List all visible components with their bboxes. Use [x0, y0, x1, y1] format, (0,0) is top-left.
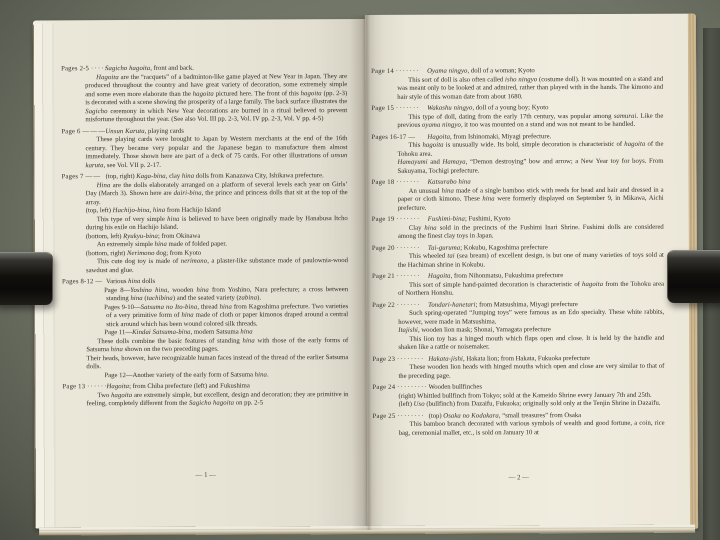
entry-title: Page 15 ·······Wakashu ningyo, doll of a… — [371, 104, 663, 114]
left-page-number: — 1 — — [63, 471, 349, 479]
entry-title-text: Hagoita, from Ishinomaki, Miyagi prefect… — [427, 133, 551, 141]
entry-paragraph: Hamayumi and Hamaya, “Demon destroying” … — [397, 158, 663, 176]
page-ref-label: Pages 8-12 — — [62, 278, 103, 287]
entry-paragraph: Hagoita are the “racquets” of a badminto… — [85, 73, 347, 125]
binder-clip-left[interactable] — [0, 252, 53, 305]
entry-paragraph: These dolls combine the basic features o… — [86, 337, 348, 355]
toc-entry: Page 19 ·······Fushimi-bina; Fushimi, Ky… — [372, 215, 664, 242]
entry-body: This type of doll, dating from the early… — [397, 112, 663, 130]
entry-paragraph: Such spring-operated “Jumping toys” were… — [398, 309, 664, 327]
toc-entry: Page 13 ·······Hagoita; from Chiba prefe… — [62, 382, 348, 409]
toc-entry: Page 22 ·······Tondari-hanetari; from Ma… — [372, 300, 664, 352]
toc-entry: Page 6 ———Unsun Karuta, playing cardsThe… — [61, 127, 347, 171]
toc-entry: Page 25 ········(top) Osaka no Kodakara,… — [373, 411, 665, 438]
leader-dots: ······· — [87, 383, 111, 390]
page-ref-label: Page 23 ········ — [372, 355, 424, 364]
toc-entry: Page 18 ·······Katsurabo hinaAn unusual … — [372, 178, 664, 213]
toc-entry: Pages 2-5 ·····Sagicho hagoita, front an… — [61, 64, 347, 125]
toc-entry: Page 20 ·······Tai-guruma; Kokubu, Kagos… — [372, 243, 664, 270]
entry-title-text: Tondari-hanetari; from Matsushima, Miyag… — [428, 301, 578, 309]
entry-body: Such spring-operated “Jumping toys” were… — [398, 309, 664, 353]
page-ref-label: Page 15 ······· — [371, 105, 420, 114]
leader-dots: ········ — [397, 412, 424, 419]
entry-paragraph: This sort of doll is also often called i… — [397, 75, 663, 102]
entry-title-text: Hagoita, from Nihonmatsu, Fukushima pref… — [428, 272, 563, 280]
entry-title-text: Tai-guruma; Kokubu, Kagoshima prefecture — [428, 244, 548, 252]
page-ref-label: Page 13 ······· — [62, 383, 111, 392]
entry-title: Page 14 ·······Oyama ningyo, doll of a w… — [371, 67, 663, 77]
entry-title-text: Oyama ningyo, doll of a woman; Kyoto — [427, 67, 535, 74]
entry-title: Pages 16-17 —Hagoita, from Ishinomaki, M… — [371, 132, 663, 142]
entry-body: Hina are the dolls elaborately arranged … — [86, 181, 348, 276]
toc-entry: Pages 7 ——(top, right) Kaga-bina, clay h… — [62, 172, 348, 275]
entry-title-text: Katsurabo hina — [428, 179, 471, 186]
leader-dots: ······· — [397, 273, 421, 280]
page-ref-label: Page 14 ······· — [371, 68, 420, 77]
page-ref-label: Page 24 ········· — [372, 384, 428, 393]
entry-title: Page 25 ········(top) Osaka no Kodakara,… — [373, 411, 665, 421]
entry-title: Page 18 ·······Katsurabo hina — [372, 178, 664, 188]
entry-paragraph: This type of doll, dating from the early… — [397, 112, 663, 130]
entry-paragraph: An unusual hina made of a single bamboo … — [398, 186, 664, 213]
leader-dots: ········· — [397, 384, 428, 391]
entry-paragraph: This cute dog toy is made of nerimono, a… — [86, 257, 348, 275]
page-ref-label: Pages 16-17 — — [371, 133, 416, 142]
page-ref-label: Page 25 ········ — [373, 412, 425, 421]
entry-body: (right) Whittled bullfinch from Tokyo; s… — [399, 391, 665, 409]
entry-title-text: Hagoita; from Chiba prefecture (left) an… — [106, 383, 249, 391]
page-ref-label: Page 20 ······· — [372, 244, 421, 253]
leader-dots: —— — [85, 173, 101, 180]
leader-dots: ······· — [397, 244, 421, 251]
open-book: Pages 2-5 ·····Sagicho hagoita, front an… — [27, 11, 707, 540]
toc-entry: Page 15 ·······Wakashu ningyo, doll of a… — [371, 104, 663, 131]
leader-dots: ······· — [396, 68, 420, 75]
leader-dots: ········ — [397, 355, 424, 362]
entry-title: Page 24 ·········Wooden bullfinches — [372, 383, 664, 393]
entry-body: This hagoita is unusually wide. Its bold… — [397, 141, 663, 176]
entry-body: This sort of simple hand-painted decorat… — [398, 280, 664, 298]
entry-body: This bamboo branch decorated with variou… — [399, 420, 665, 438]
entry-paragraph: This type of very simple hina is believe… — [86, 215, 348, 233]
page-ref-label: Pages 2-5 ····· — [61, 65, 108, 74]
binder-clip-right[interactable] — [667, 250, 720, 303]
entry-title: Page 21 ·······Hagoita, from Nihonmatsu,… — [372, 272, 664, 282]
entry-paragraph: This hagoita is unusually wide. Its bold… — [397, 141, 663, 159]
left-page-text: Pages 2-5 ·····Sagicho hagoita, front an… — [61, 64, 349, 412]
entry-paragraph: These playing cards were brought to Japa… — [85, 135, 347, 170]
entry-body: Clay hina sold in the precincts of the F… — [398, 223, 664, 241]
toc-entry: Pages 16-17 —Hagoita, from Ishinomaki, M… — [371, 132, 663, 176]
entry-title: Pages 7 ——(top, right) Kaga-bina, clay h… — [62, 172, 348, 182]
entry-paragraph: Pages 9-10—Satsuma no Ito-bina, thread h… — [106, 303, 348, 330]
entry-paragraph: This lion toy has a hinged mouth which f… — [398, 334, 664, 352]
entry-title-text: Fushimi-bina; Fushimi, Kyoto — [428, 215, 511, 222]
entry-title-text: Unsun Karuta, playing cards — [105, 127, 184, 134]
entry-body: These wooden lion heads with hinged mout… — [398, 363, 664, 381]
right-page-text: Page 14 ·······Oyama ningyo, doll of a w… — [371, 67, 665, 441]
entry-title-text: (top) Osaka no Kodakara, “small treasure… — [429, 412, 582, 420]
toc-entry: Page 14 ·······Oyama ningyo, doll of a w… — [371, 67, 663, 102]
leader-dots: ····· — [91, 65, 108, 72]
page-ref-label: Page 18 ······· — [372, 179, 421, 188]
page-ref-label: Page 19 ······· — [372, 216, 421, 225]
entry-paragraph: Two hagoita are extremely simple, but ex… — [87, 391, 349, 409]
entry-title-text: Wakashu ningyo, doll of a young boy; Kyo… — [427, 104, 548, 112]
toc-entry: Pages 8-12 —Various hina dollsPage 8—Yos… — [62, 277, 348, 380]
right-page-number: — 2 — — [373, 474, 665, 482]
entry-title: Page 22 ·······Tondari-hanetari; from Ma… — [372, 300, 664, 310]
entry-title: Page 13 ·······Hagoita; from Chiba prefe… — [62, 382, 348, 392]
entry-title: Page 23 ········Hakata-jishi, Hakata lio… — [372, 354, 664, 364]
entry-paragraph: This wheeled tai (sea bream) of excellen… — [398, 252, 664, 270]
entry-paragraph: Their heads, however, have recognizable … — [86, 354, 348, 372]
entry-title: Page 20 ·······Tai-guruma; Kokubu, Kagos… — [372, 243, 664, 253]
toc-entry: Page 23 ········Hakata-jishi, Hakata lio… — [372, 354, 664, 381]
leader-dots: ······· — [396, 179, 420, 186]
entry-body: Two hagoita are extremely simple, but ex… — [87, 391, 349, 409]
entry-body: This sort of doll is also often called i… — [397, 75, 663, 102]
entry-body: Hagoita are the “racquets” of a badminto… — [85, 73, 347, 125]
entry-paragraph: These wooden lion heads with hinged mout… — [398, 363, 664, 381]
page-ref-label: Pages 7 —— — [62, 173, 102, 182]
leader-dots: ······· — [397, 301, 421, 308]
entry-title-text: Various hina dolls — [106, 278, 155, 285]
entry-paragraph: This sort of simple hand-painted decorat… — [398, 280, 664, 298]
leader-dots: — — [95, 278, 103, 285]
page-ref-label: Page 22 ······· — [372, 301, 421, 310]
toc-entry: Page 21 ·······Hagoita, from Nihonmatsu,… — [372, 272, 664, 299]
page-ref-label: Page 6 ——— — [61, 128, 106, 137]
entry-title-text: Sagicho hagoita, front and back. — [105, 65, 194, 72]
entry-body: An unusual hina made of a single bamboo … — [398, 186, 664, 213]
entry-title: Pages 8-12 —Various hina dolls — [62, 277, 348, 287]
entry-title-text: Wooden bullfinches — [428, 383, 482, 390]
entry-paragraph: (left) Uso (bullfinch) from Dazaifu, Fuk… — [399, 400, 665, 410]
entry-title-text: (top, right) Kaga-bina, clay hina dolls … — [106, 172, 324, 180]
leader-dots: ······· — [396, 105, 420, 112]
entry-body: This wheeled tai (sea bream) of excellen… — [398, 252, 664, 270]
leader-dots: ——— — [82, 128, 106, 135]
entry-body: These playing cards were brought to Japa… — [85, 135, 347, 170]
entry-paragraph: This bamboo branch decorated with variou… — [399, 420, 665, 438]
entry-title: Pages 2-5 ·····Sagicho hagoita, front an… — [61, 64, 347, 74]
toc-entry: Page 24 ·········Wooden bullfinches(righ… — [372, 383, 664, 410]
entry-title: Page 19 ·······Fushimi-bina; Fushimi, Ky… — [372, 215, 664, 225]
entry-paragraph: Page 8—Yoshino hina, wooden hina from Yo… — [106, 286, 348, 304]
leader-dots: ······· — [396, 216, 420, 223]
entry-title: Page 6 ———Unsun Karuta, playing cards — [61, 127, 347, 137]
entry-paragraph: Page 12—Another variety of the early for… — [106, 371, 348, 381]
entry-paragraph: Clay hina sold in the precincts of the F… — [398, 223, 664, 241]
leader-dots: — — [408, 133, 416, 140]
entry-body: Page 8—Yoshino hina, wooden hina from Yo… — [86, 286, 348, 381]
page-ref-label: Page 21 ······· — [372, 273, 421, 282]
entry-paragraph: Hina are the dolls elaborately arranged … — [86, 181, 348, 208]
entry-title-text: Hakata-jishi, Hakata lion; from Hakata, … — [428, 355, 590, 363]
